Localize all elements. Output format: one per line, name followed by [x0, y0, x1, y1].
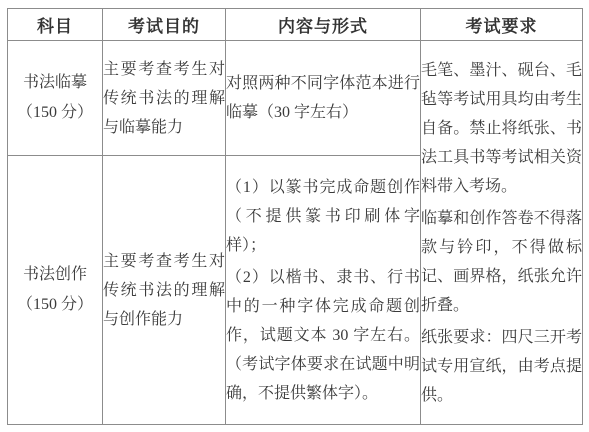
purpose-cell-creation: 主要考查考生对传统书法的理解与创作能力 [103, 156, 226, 425]
exam-subjects-table: 科目 考试目的 内容与形式 考试要求 书法临摹 （150 分） 主要考查考生对传… [7, 8, 583, 425]
col-header-content-form: 内容与形式 [226, 9, 421, 41]
table-header-row: 科目 考试目的 内容与形式 考试要求 [8, 9, 583, 41]
requirements-paragraph-paper: 纸张要求：四尺三开考试专用宣纸，由考点提供。 [421, 323, 582, 410]
subject-cell-creation: 书法创作 （150 分） [8, 156, 103, 425]
subject-cell-copying: 书法临摹 （150 分） [8, 41, 103, 156]
col-header-purpose: 考试目的 [103, 9, 226, 41]
table-row-calligraphy-copying: 书法临摹 （150 分） 主要考查考生对传统书法的理解与临摹能力 对照两种不同字… [8, 41, 583, 156]
subject-name: 书法临摹 [8, 68, 102, 98]
content-cell-copying: 对照两种不同字体范本进行临摹（30 字左右） [226, 41, 421, 156]
subject-name: 书法创作 [8, 260, 102, 290]
col-header-requirements: 考试要求 [421, 9, 583, 41]
subject-score: （150 分） [8, 98, 102, 128]
exam-requirements-document: 科目 考试目的 内容与形式 考试要求 书法临摹 （150 分） 主要考查考生对传… [0, 0, 589, 432]
subject-score: （150 分） [8, 290, 102, 320]
content-paragraph: 对照两种不同字体范本进行临摹（30 字左右） [226, 69, 420, 127]
col-header-subject: 科目 [8, 9, 103, 41]
requirements-cell-merged: 毛笔、墨汁、砚台、毛毡等考试用具均由考生自备。禁止将纸张、书法工具书等考试相关资… [421, 41, 583, 425]
content-paragraph-other-scripts: （2）以楷书、隶书、行书中的一种字体完成命题创作，试题文本 30 字左右。（考试… [226, 263, 420, 408]
content-paragraph-seal-script: （1）以篆书完成命题创作（不提供篆书印刷体字样）； [226, 173, 420, 260]
requirements-paragraph-answer-sheet: 临摹和创作答卷不得落款与钤印，不得做标记、画界格，纸张允许折叠。 [421, 204, 582, 320]
purpose-cell-copying: 主要考查考生对传统书法的理解与临摹能力 [103, 41, 226, 156]
content-cell-creation: （1）以篆书完成命题创作（不提供篆书印刷体字样）； （2）以楷书、隶书、行书中的… [226, 156, 421, 425]
requirements-paragraph-tools: 毛笔、墨汁、砚台、毛毡等考试用具均由考生自备。禁止将纸张、书法工具书等考试相关资… [421, 56, 582, 201]
